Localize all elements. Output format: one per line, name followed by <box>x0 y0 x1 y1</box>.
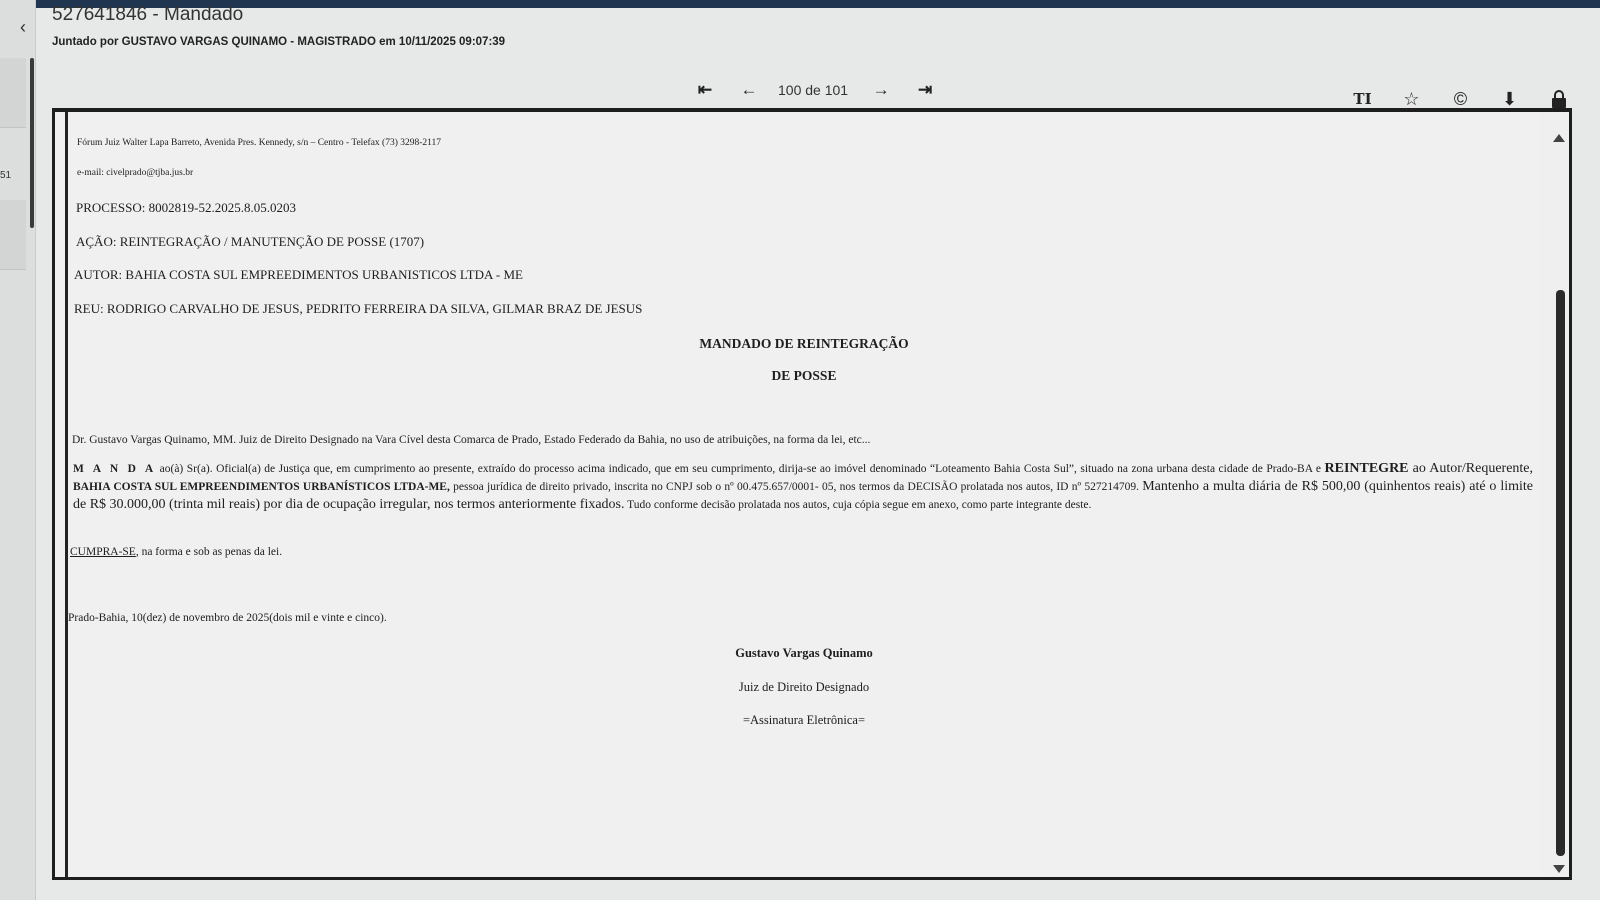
signer-name: Gustavo Vargas Quinamo <box>69 646 1539 661</box>
mandate-title-line1: MANDADO DE REINTEGRAÇÃO <box>69 336 1539 352</box>
action-type: AÇÃO: REINTEGRAÇÃO / MANUTENÇÃO DE POSSE… <box>76 234 424 250</box>
page-indicator: 100 de 101 <box>774 82 852 98</box>
scrollbar-thumb[interactable] <box>1556 290 1565 856</box>
rail-label: 51 <box>0 170 11 181</box>
arrow-right-icon: → <box>873 80 890 100</box>
last-page-icon: ⇥ <box>918 80 932 100</box>
mandate-text: ao(à) Sr(a). Oficial(a) de Justiça que, … <box>156 463 1324 475</box>
first-page-icon: ⇤ <box>698 80 712 100</box>
mandate-text: Tudo conforme decisão prolatada nos auto… <box>625 499 1092 511</box>
court-address: Fórum Juiz Walter Lapa Barreto, Avenida … <box>77 138 441 148</box>
rail-block <box>0 58 26 128</box>
text-size-icon: TI <box>1353 90 1371 108</box>
intro-paragraph: Dr. Gustavo Vargas Quinamo, MM. Juiz de … <box>72 434 870 446</box>
left-rail: 51 <box>0 0 36 900</box>
scroll-down-arrow-icon[interactable] <box>1553 865 1565 873</box>
document-page: Fórum Juiz Walter Lapa Barreto, Avenida … <box>69 112 1539 877</box>
reintegre-word: REINTEGRE <box>1325 461 1409 476</box>
lock-icon <box>1551 90 1567 108</box>
chevron-left-icon: ‹ <box>20 17 26 37</box>
download-icon: ⬇ <box>1502 89 1517 110</box>
viewer-border <box>65 112 68 877</box>
first-page-button[interactable]: ⇤ <box>690 78 720 102</box>
cumpra-se-line: CUMPRA-SE, na forma e sob as penas da le… <box>70 546 282 558</box>
defendants: REU: RODRIGO CARVALHO DE JESUS, PEDRITO … <box>74 301 642 317</box>
scroll-up-arrow-icon[interactable] <box>1553 134 1565 142</box>
previous-page-button[interactable]: ← <box>734 78 764 102</box>
document-subtitle: Juntado por GUSTAVO VARGAS QUINAMO - MAG… <box>52 36 505 48</box>
copyright-icon: © <box>1454 89 1467 110</box>
mandate-text: pessoa jurídica de direito privado, insc… <box>450 481 1142 493</box>
court-email: e-mail: civelprado@tjba.jus.br <box>77 168 193 178</box>
electronic-signature: =Assinatura Eletrônica= <box>69 713 1539 728</box>
rail-block <box>0 200 26 270</box>
date-line: Prado-Bahia, 10(dez) de novembro de 2025… <box>68 612 387 624</box>
last-page-button[interactable]: ⇥ <box>910 78 940 102</box>
document-scrollbar[interactable] <box>1553 112 1567 877</box>
arrow-left-icon: ← <box>741 80 758 100</box>
signer-role: Juiz de Direito Designado <box>69 680 1539 695</box>
plaintiff: AUTOR: BAHIA COSTA SUL EMPREEDIMENTOS UR… <box>74 267 523 283</box>
rail-scrollbar[interactable] <box>30 58 34 228</box>
star-icon: ☆ <box>1403 89 1419 110</box>
document-viewer: Fórum Juiz Walter Lapa Barreto, Avenida … <box>52 108 1572 880</box>
next-page-button[interactable]: → <box>866 78 896 102</box>
mandate-paragraph: M A N D A ao(à) Sr(a). Oficial(a) de Jus… <box>73 460 1533 514</box>
mandate-title-line2: DE POSSE <box>69 368 1539 384</box>
manda-word: M A N D A <box>73 463 156 475</box>
process-number: PROCESSO: 8002819-52.2025.8.05.0203 <box>76 200 296 216</box>
cumpra-se-word: CUMPRA-SE <box>70 546 136 558</box>
mandate-text: ao Autor/Requerente, <box>1409 461 1533 476</box>
document-title: 527641846 - Mandado <box>52 4 243 26</box>
company-name: BAHIA COSTA SUL EMPREENDIMENTOS URBANÍST… <box>73 481 450 493</box>
page-navigation: ⇤ ← 100 de 101 → ⇥ <box>690 78 940 102</box>
cumpra-se-text: , na forma e sob as penas da lei. <box>136 546 282 558</box>
back-button[interactable]: ‹ <box>14 16 32 38</box>
